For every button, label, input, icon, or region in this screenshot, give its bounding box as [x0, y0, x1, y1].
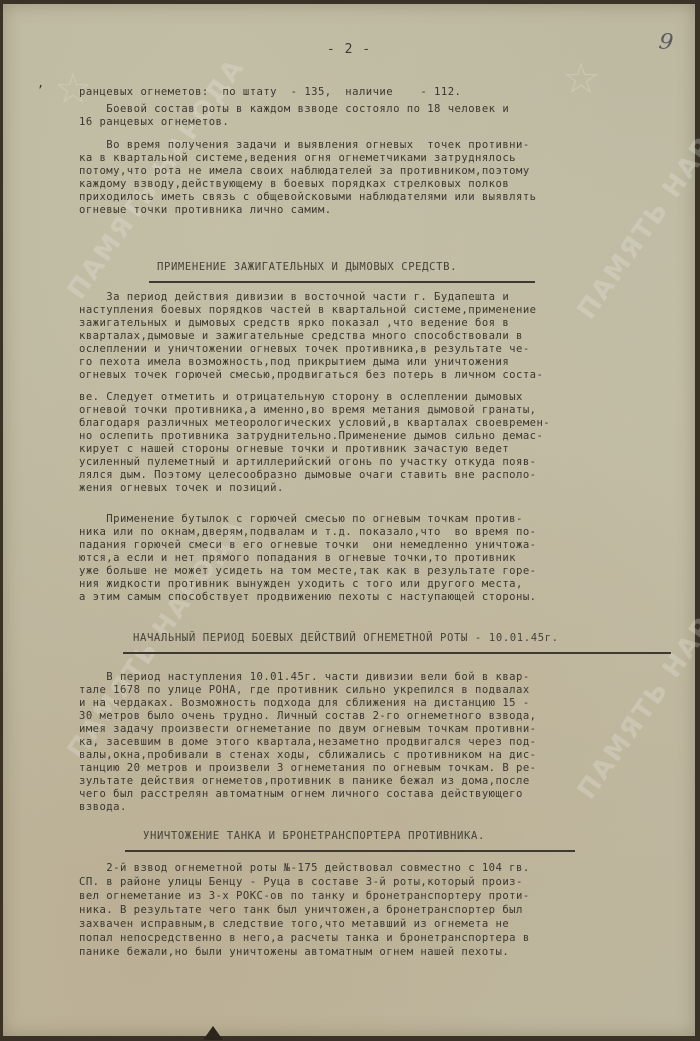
text-line: но ослепить противника затруднительно.Пр…: [79, 430, 543, 443]
text-line: каждому взводу,действующему в боевых пор…: [79, 178, 509, 191]
text-line: валы,окна,пробивали в стенах ходы, сближ…: [79, 749, 536, 762]
text-line: наступления боевых порядков частей в ква…: [79, 304, 536, 317]
text-line: Применение бутылок с горючей смесью по о…: [79, 513, 523, 526]
text-line: ка, засевшим в доме этого квартала,незам…: [79, 736, 536, 749]
document-page: ☆ ☆ ПАМЯТЬ НАРОДА ПАМЯТЬ НАРОДА ПАМЯТЬ Н…: [3, 4, 695, 1036]
text-line: огневой точки противника,а именно,во вре…: [79, 404, 536, 417]
text-line: усиленный пулеметный и артиллерийский ог…: [79, 456, 536, 469]
text-line: жения огневых точек и позиций.: [79, 482, 284, 495]
text-line: 30 метров было очень трудно. Личный сост…: [79, 710, 536, 723]
section-heading: УНИЧТОЖЕНИЕ ТАНКА И БРОНЕТРАНСПОРТЕРА ПР…: [143, 830, 485, 842]
text-line: кварталах,дымовые и зажигательные средст…: [79, 330, 523, 343]
text-line: попал непосредственно в него,а расчеты т…: [79, 932, 530, 945]
text-line: благодаря различных метеорологических ус…: [79, 417, 550, 430]
text-line: Во время получения задачи и выявления ог…: [79, 139, 530, 152]
heading-underline: [123, 652, 671, 654]
text-line: падания горючей смеси в его огневые точк…: [79, 539, 536, 552]
text-line: а этим самым способствует продвижению пе…: [79, 591, 536, 604]
text-line: кирует с нашей стороны огневые точки и п…: [79, 443, 509, 456]
text-line: ника. В результате чего танк был уничтож…: [79, 904, 523, 917]
text-line: потому,что рота не имела своих наблюдате…: [79, 165, 530, 178]
text-line: имея задачу произвести огнеметание по дв…: [79, 723, 536, 736]
text-line: 16 ранцевых огнеметов.: [79, 116, 229, 129]
text-line: панике бежали,но были уничтожены автомат…: [79, 946, 509, 959]
text-line: уже больше не может усидеть на том месте…: [79, 565, 536, 578]
text-line: приходилось иметь связь с общевойсковыми…: [79, 191, 536, 204]
heading-underline: [149, 281, 535, 283]
text-line: За период действия дивизии в восточной ч…: [79, 291, 509, 304]
page-number: - 2 -: [3, 42, 695, 57]
text-line: ка в квартальной системе,ведения огня ог…: [79, 152, 516, 165]
watermark: ПАМЯТЬ НАРОДА: [572, 553, 700, 805]
heading-underline: [125, 850, 575, 852]
text-line: захвачен исправным,в следствие того,что …: [79, 918, 509, 931]
text-line: ния жидкости противник вынужден уходить …: [79, 578, 523, 591]
text-line: го пехота имела возможность,под прикрыти…: [79, 356, 509, 369]
text-line: ются,а если и нет прямого попадания в ог…: [79, 552, 516, 565]
text-line: огневых точек горючей смесью,продвигатьс…: [79, 369, 543, 382]
text-line: взвода.: [79, 801, 127, 814]
section-heading: ПРИМЕНЕНИЕ ЗАЖИГАТЕЛЬНЫХ И ДЫМОВЫХ СРЕДС…: [157, 261, 457, 273]
text-line: зультате действия огнеметов,противник в …: [79, 775, 530, 788]
text-line: ослеплении и уничтожении огневых точек п…: [79, 343, 530, 356]
text-line: В период наступления 10.01.45г. части ди…: [79, 671, 530, 684]
text-line: зажигательных и дымовых средств ярко пок…: [79, 317, 509, 330]
text-line: тале 1678 по улице РОНА, где противник с…: [79, 684, 530, 697]
text-line: ника или по окнам,дверям,подвалам и т.д.…: [79, 526, 536, 539]
watermark: ПАМЯТЬ НАРОДА: [572, 73, 700, 325]
text-line: Боевой состав роты в каждом взводе состо…: [79, 103, 509, 116]
text-line: вел огнеметание из 3-х РОКС-ов по танку …: [79, 890, 530, 903]
text-line: и на чердаках. Возможность подхода для с…: [79, 697, 530, 710]
text-line: чего был расстрелян автоматным огнем лич…: [79, 788, 523, 801]
text-line: ве. Следует отметить и отрицательную сто…: [79, 391, 523, 404]
text-line: огневые точки противника лично самим.: [79, 204, 332, 217]
section-heading: НАЧАЛЬНЫЙ ПЕРИОД БОЕВЫХ ДЕЙСТВИЙ ОГНЕМЕТ…: [133, 632, 559, 644]
paper-tear: [203, 1026, 223, 1040]
text-line: танцию 20 метров и произвели 3 огнеметан…: [79, 762, 536, 775]
text-line: 2-й взвод огнеметной роты №-175 действов…: [79, 862, 530, 875]
text-line: СП. в районе улицы Бенцу - Руца в состав…: [79, 876, 523, 889]
text-line: ранцевых огнеметов: по штату - 135, нали…: [79, 86, 461, 99]
text-line: лялся дым. Поэтому целесообразно дымовые…: [79, 469, 536, 482]
margin-mark: ,: [37, 76, 44, 90]
